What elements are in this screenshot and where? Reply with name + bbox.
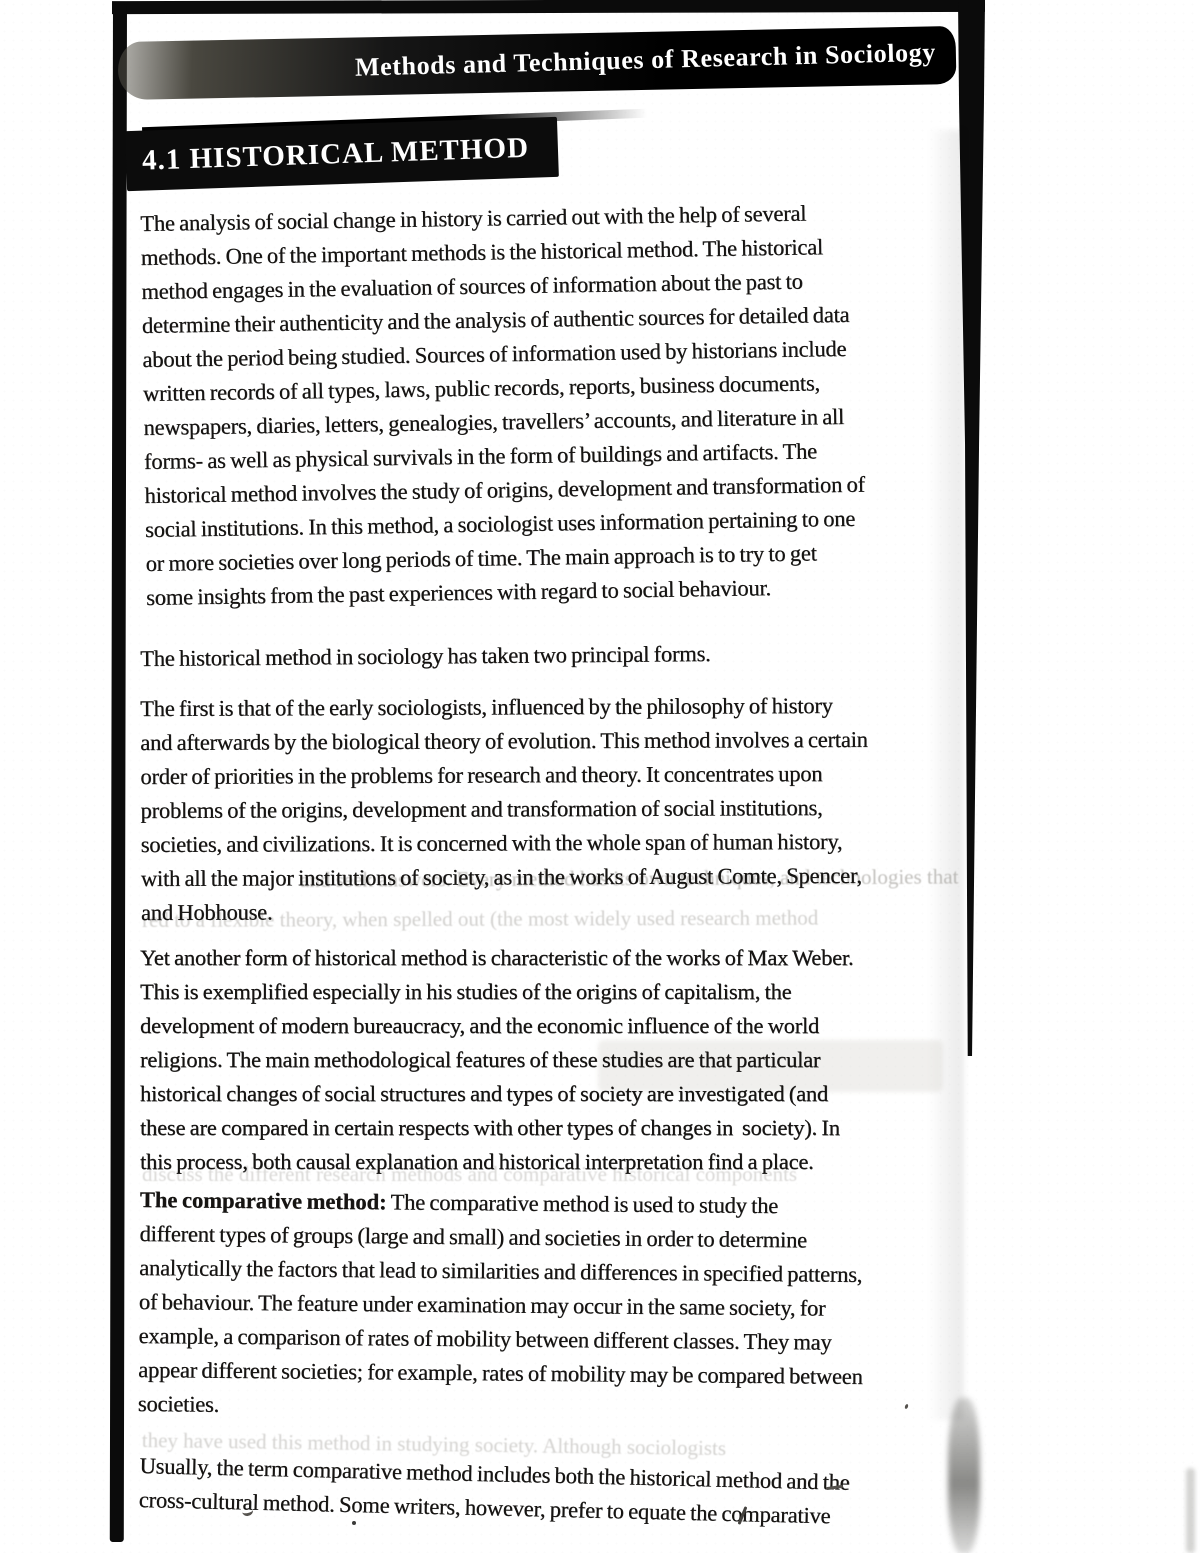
running-header-title: Methods and Techniques of Research in So… bbox=[117, 23, 956, 103]
scan-smudge bbox=[948, 1398, 980, 1553]
scan-top-edge bbox=[112, 0, 985, 14]
paragraph-two-principal-forms: The historical method in sociology has t… bbox=[140, 637, 711, 676]
scan-streak bbox=[1186, 1468, 1195, 1553]
page-curve-shadow bbox=[928, 130, 964, 1420]
scan-speck bbox=[352, 1521, 356, 1525]
paragraph-historical-method-intro: The analysis of social change in history… bbox=[140, 196, 867, 615]
scan-speck bbox=[904, 1404, 909, 1410]
paragraph-second-form-max-weber: Yet another form of historical method is… bbox=[140, 941, 853, 1179]
comparative-method-body: The comparative method is used to study … bbox=[138, 1189, 863, 1416]
scanned-book-page: { "header": { "running_title": "Methods … bbox=[0, 0, 1200, 1553]
paragraph-first-form-early-sociologists: The first is that of the early sociologi… bbox=[140, 689, 869, 930]
comparative-method-lead-label: The comparative method: bbox=[140, 1187, 387, 1214]
paragraph-comparative-method: The comparative method: The comparative … bbox=[138, 1183, 865, 1428]
page-header-banner: Methods and Techniques of Research in So… bbox=[118, 26, 957, 100]
paragraph-usually-term-comparative: Usually, the term comparative method inc… bbox=[138, 1449, 850, 1534]
scan-left-edge bbox=[110, 4, 127, 1542]
